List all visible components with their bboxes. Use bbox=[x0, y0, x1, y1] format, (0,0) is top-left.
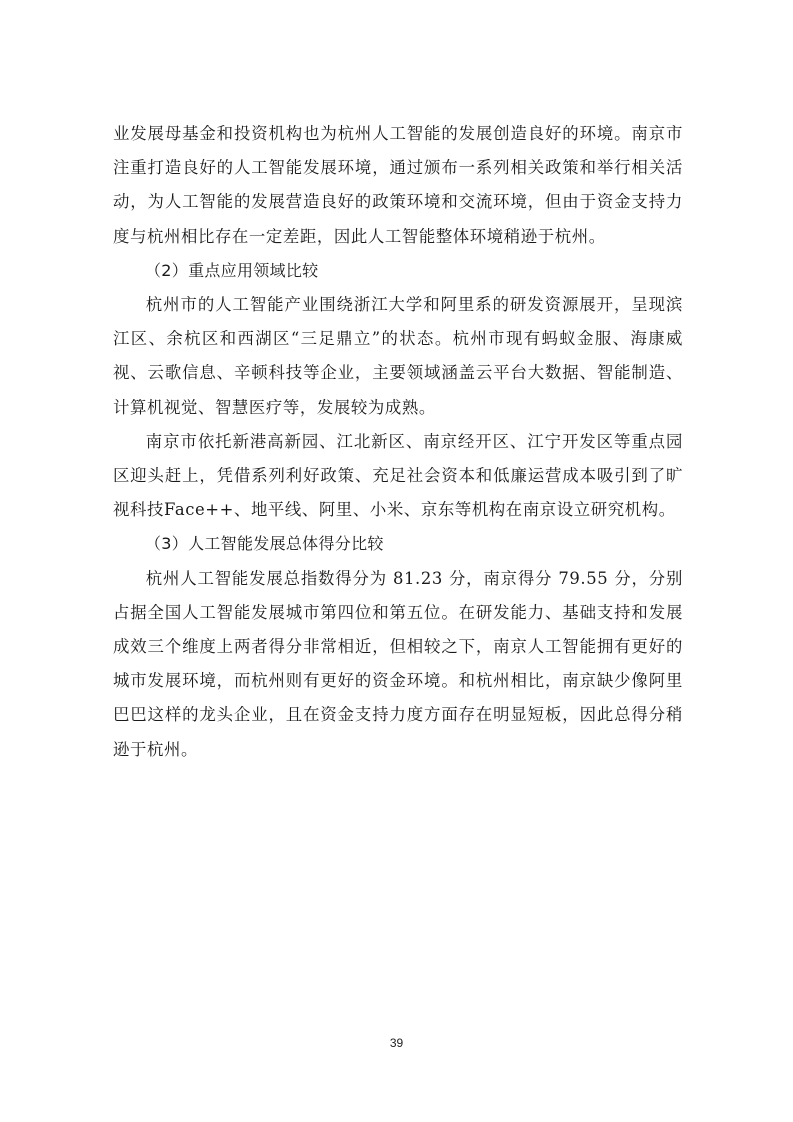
paragraph-overall-score: 杭州人工智能发展总指数得分为 81.23 分，南京得分 79.55 分，分别占据… bbox=[113, 562, 683, 767]
paragraph-hangzhou-industry: 杭州市的人工智能产业围绕浙江大学和阿里系的研发资源展开，呈现滨江区、余杭区和西湖… bbox=[113, 288, 683, 425]
page-number: 39 bbox=[0, 1036, 793, 1050]
section-heading-overall-score: （3）人工智能发展总体得分比较 bbox=[113, 527, 683, 561]
paragraph-nanjing-industry: 南京市依托新港高新园、江北新区、南京经开区、江宁开发区等重点园区迎头赶上，凭借系… bbox=[113, 425, 683, 528]
document-page: 业发展母基金和投资机构也为杭州人工智能的发展创造良好的环境。南京市注重打造良好的… bbox=[0, 0, 793, 1122]
paragraph-environment-comparison: 业发展母基金和投资机构也为杭州人工智能的发展创造良好的环境。南京市注重打造良好的… bbox=[113, 117, 683, 254]
page-body: 业发展母基金和投资机构也为杭州人工智能的发展创造良好的环境。南京市注重打造良好的… bbox=[113, 117, 683, 767]
section-heading-key-application-areas: （2）重点应用领域比较 bbox=[113, 254, 683, 288]
